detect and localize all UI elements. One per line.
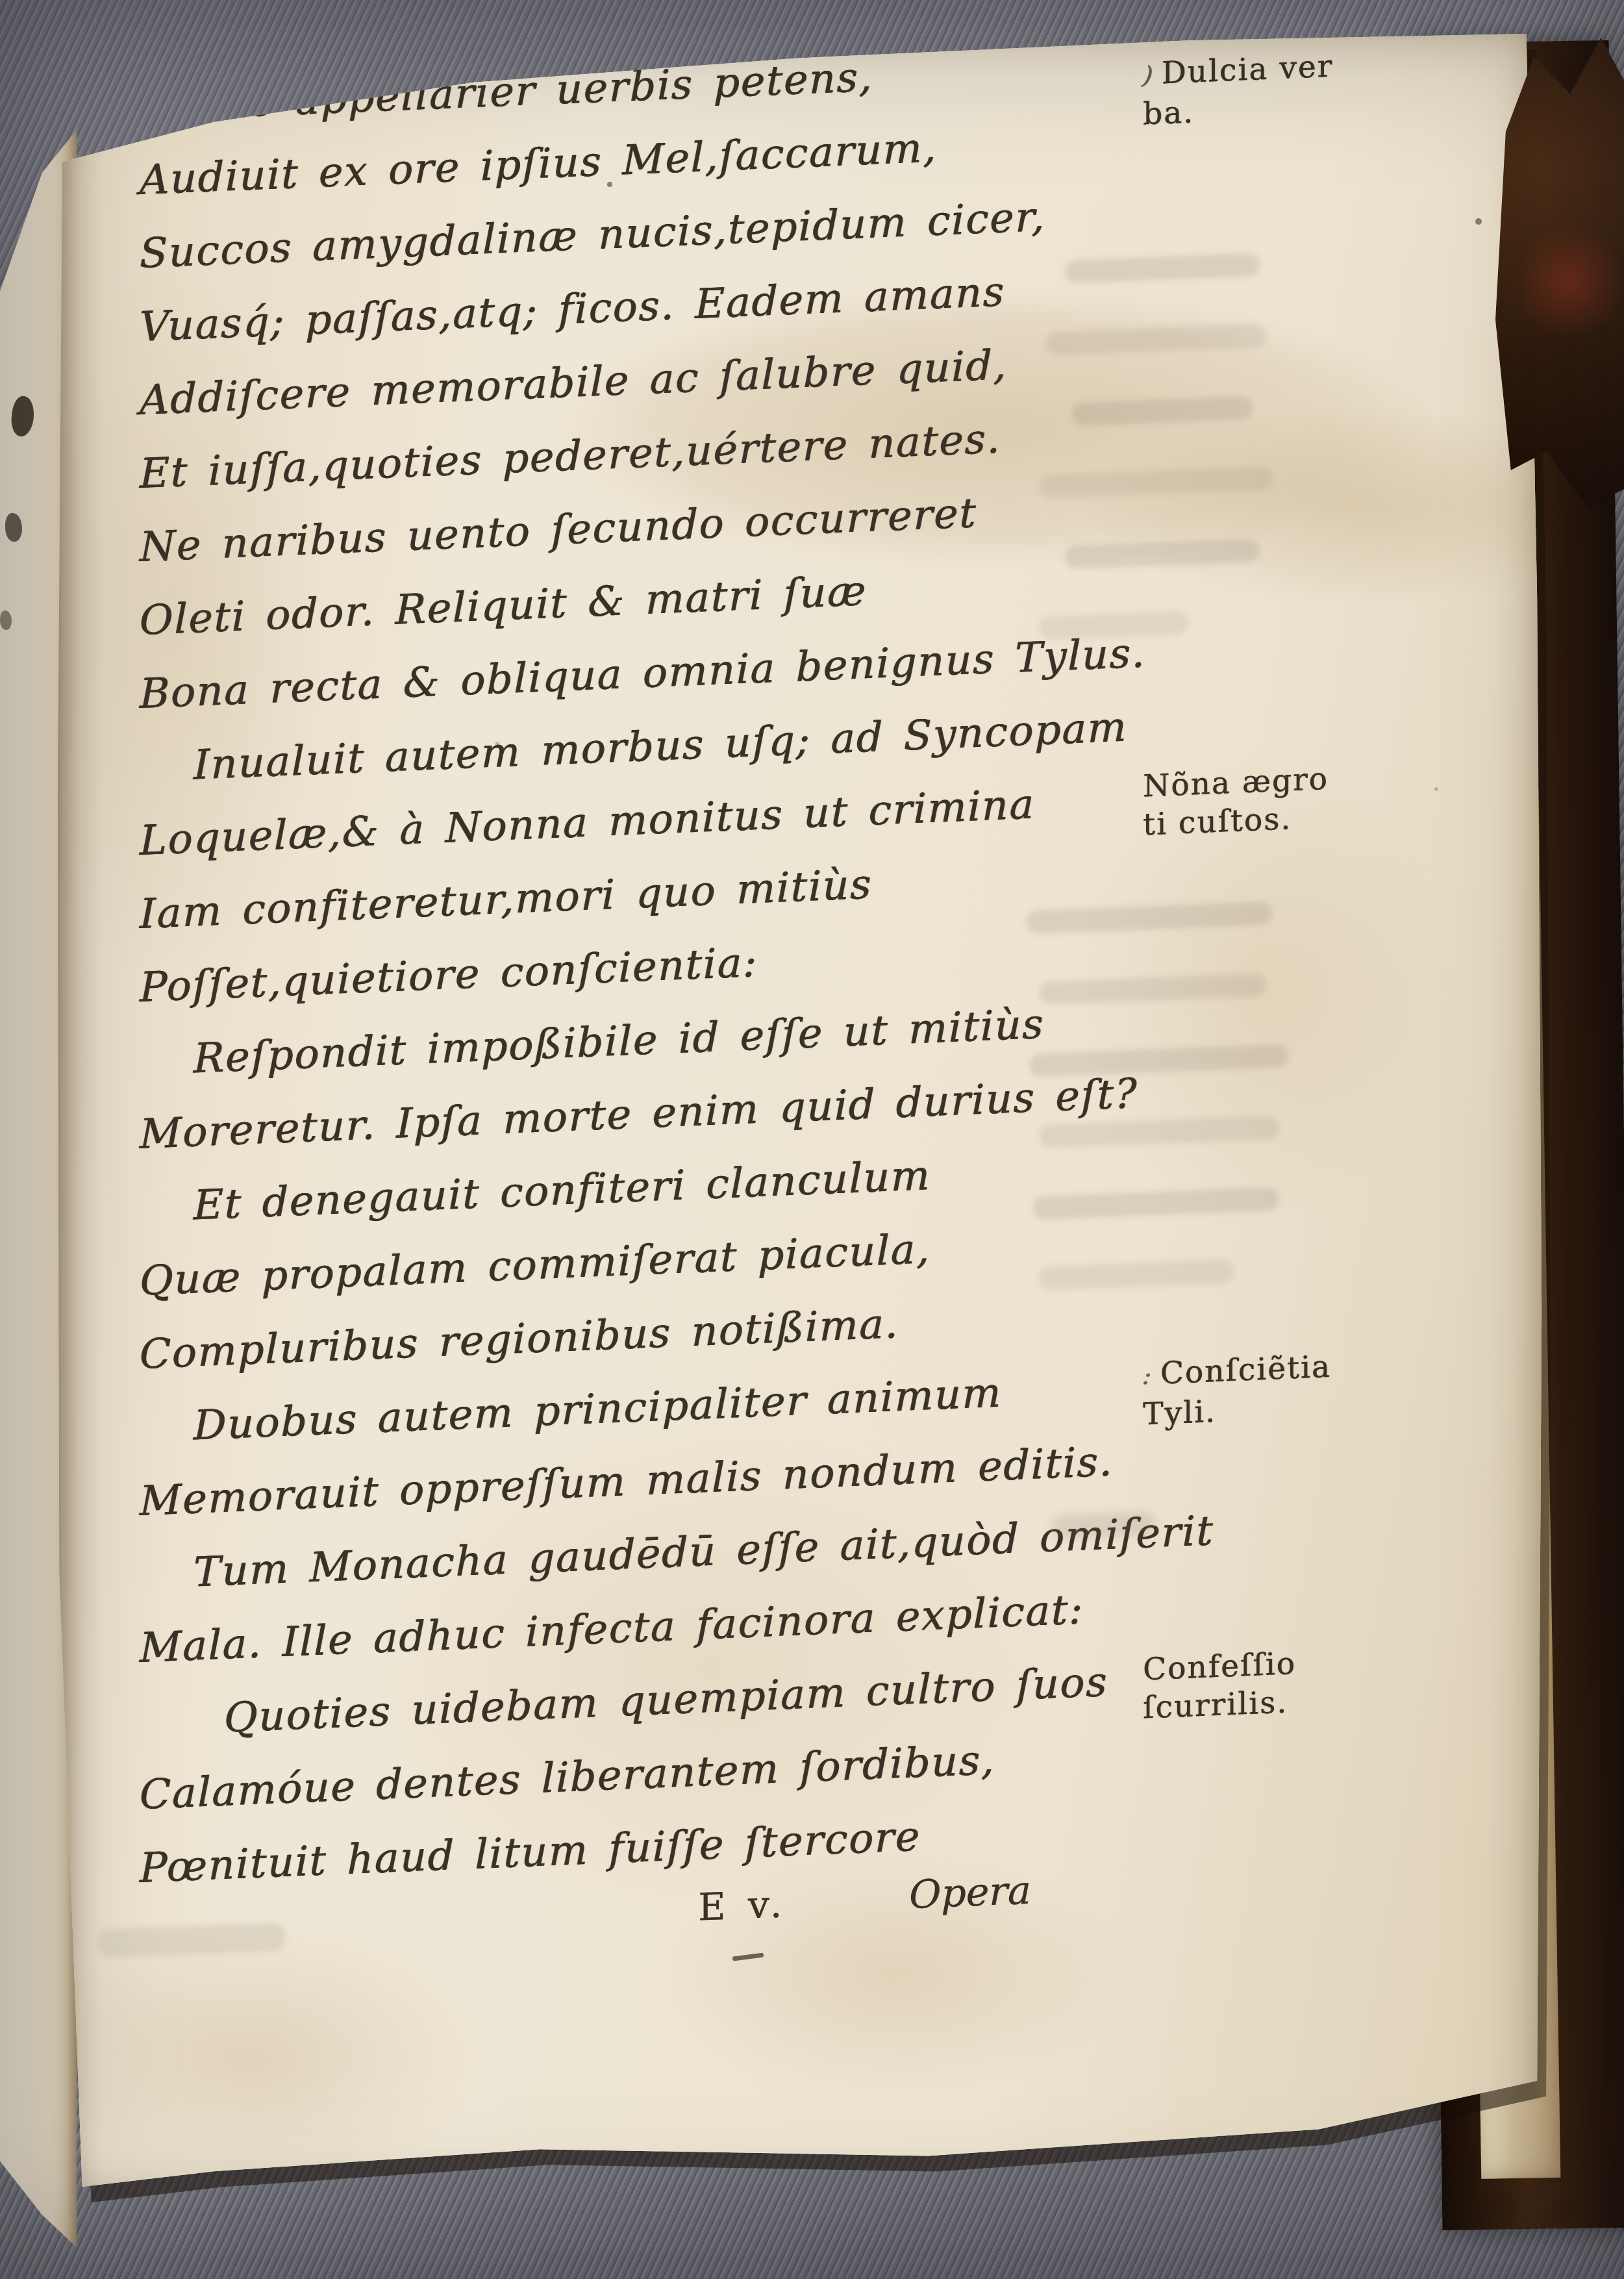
margin-note-text: ſcurrilis. xyxy=(1143,1684,1288,1726)
paper-fleck xyxy=(1434,787,1438,791)
paper-fleck xyxy=(1475,218,1482,225)
margin-note-nonna-aegroti-custos: Nõna ægro ti cuſtos. xyxy=(1143,760,1329,844)
margin-note-conscientia-tyli: :Conſciẽtia Tyli. xyxy=(1143,1348,1331,1434)
margin-note-confessio-scurrilis: Confeſſio ſcurrilis. xyxy=(1143,1644,1296,1728)
bleedthrough-text-smudge xyxy=(1051,1511,1156,1539)
paper-fleck xyxy=(495,742,499,746)
margin-note-text: ti cuſtos. xyxy=(1143,801,1292,842)
signature-mark: E v. xyxy=(698,1882,787,1930)
ink-speck xyxy=(5,513,22,542)
book-page: A filio appellarier uerbis petens, Audiu… xyxy=(19,12,1549,2220)
signature-underline-mark xyxy=(732,1953,764,1961)
margin-note-dulcia-verba: )Dulcia ver ba. xyxy=(1143,47,1333,134)
margin-note-text: Confeſſio xyxy=(1143,1646,1296,1688)
ink-speck xyxy=(0,611,12,630)
margin-note-text: ba. xyxy=(1143,94,1194,132)
torn-leather-corner xyxy=(1495,38,1624,508)
verse-column: A filio appellarier uerbis petens, Audiu… xyxy=(45,26,1214,1909)
margin-note-flourish: : xyxy=(1140,1357,1155,1396)
photo-of-book-page: { "page": { "lines": [ {"text": "A filio… xyxy=(0,0,1624,2279)
margin-note-text: Dulcia ver xyxy=(1162,49,1333,92)
margin-note-text: Nõna ægro xyxy=(1143,761,1329,805)
margin-note-flourish: ) xyxy=(1140,57,1156,95)
margin-note-text: Tyli. xyxy=(1143,1394,1216,1433)
margin-note-text: Conſciẽtia xyxy=(1160,1349,1331,1392)
catchword: Opera xyxy=(909,1868,1031,1919)
paper-fleck xyxy=(607,182,612,187)
